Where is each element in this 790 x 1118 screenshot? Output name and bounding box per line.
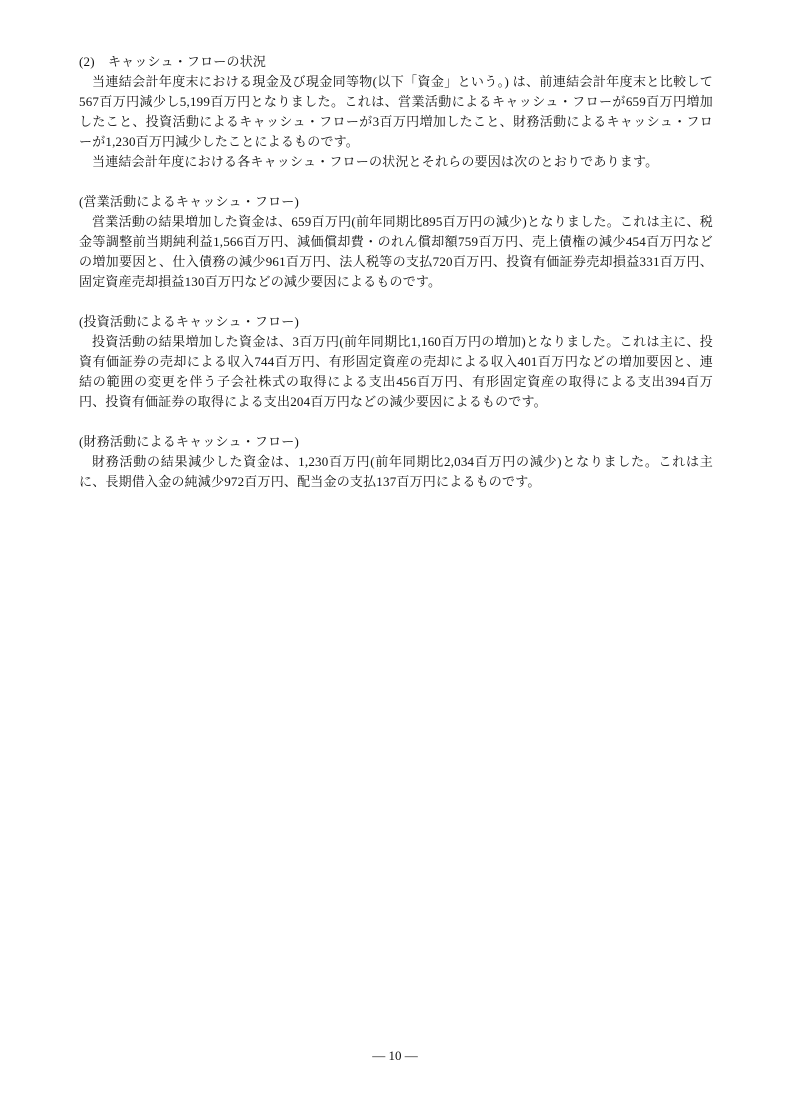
cash-flow-status-heading: (2) キャッシュ・フローの状況 bbox=[79, 52, 713, 72]
investing-cash-flow-section: (投資活動によるキャッシュ・フロー) 投資活動の結果増加した資金は、3百万円(前… bbox=[79, 312, 713, 412]
financing-cash-flow-body: 財務活動の結果減少した資金は、1,230百万円(前年同期比2,034百万円の減少… bbox=[79, 452, 713, 492]
financing-cash-flow-heading: (財務活動によるキャッシュ・フロー) bbox=[79, 432, 713, 452]
operating-cash-flow-heading: (営業活動によるキャッシュ・フロー) bbox=[79, 192, 713, 212]
intro-paragraph-2: 当連結会計年度における各キャッシュ・フローの状況とそれらの要因は次のとおりであり… bbox=[79, 152, 713, 172]
financing-cash-flow-section: (財務活動によるキャッシュ・フロー) 財務活動の結果減少した資金は、1,230百… bbox=[79, 432, 713, 492]
operating-cash-flow-body: 営業活動の結果増加した資金は、659百万円(前年同期比895百万円の減少)となり… bbox=[79, 212, 713, 292]
operating-cash-flow-section: (営業活動によるキャッシュ・フロー) 営業活動の結果増加した資金は、659百万円… bbox=[79, 192, 713, 292]
document-page: (2) キャッシュ・フローの状況 当連結会計年度末における現金及び現金同等物(以… bbox=[0, 0, 790, 1118]
page-number: — 10 — bbox=[0, 1047, 790, 1065]
investing-cash-flow-body: 投資活動の結果増加した資金は、3百万円(前年同期比1,160百万円の増加)となり… bbox=[79, 332, 713, 412]
page-content: (2) キャッシュ・フローの状況 当連結会計年度末における現金及び現金同等物(以… bbox=[79, 52, 713, 492]
intro-paragraph-1: 当連結会計年度末における現金及び現金同等物(以下「資金」という。) は、前連結会… bbox=[79, 72, 713, 152]
investing-cash-flow-heading: (投資活動によるキャッシュ・フロー) bbox=[79, 312, 713, 332]
